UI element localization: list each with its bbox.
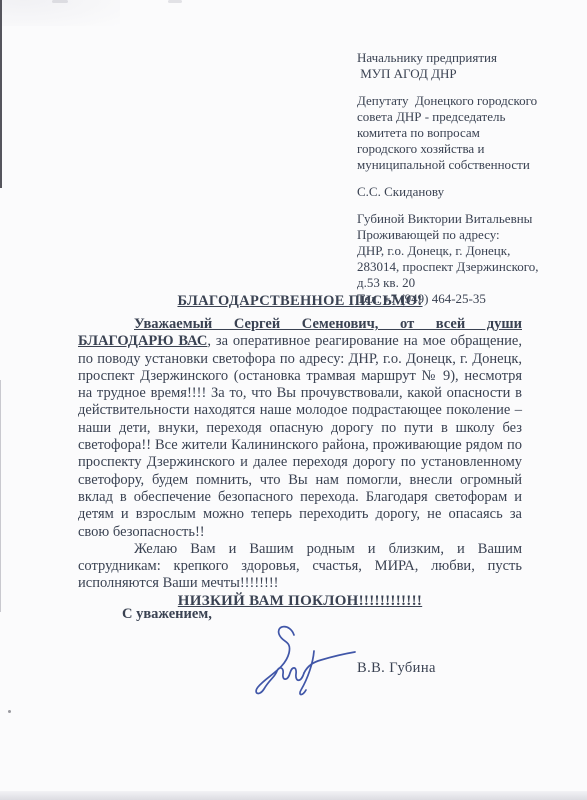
- sender-line: Проживающей по адресу:: [357, 227, 579, 243]
- scan-edge-line: [0, 380, 1, 612]
- recipient-line: МУП АГОД ДНР: [357, 66, 579, 82]
- scan-artifact: [0, 0, 120, 26]
- recipient-address-block: Начальнику предприятия МУП АГОД ДНР Депу…: [357, 50, 579, 318]
- recipient-block: Депутату Донецкого городского совета ДНР…: [357, 93, 579, 173]
- recipient-line: городского хозяйства и: [357, 141, 579, 157]
- sender-line: ДНР, г.о. Донецк, г. Донецк,: [357, 243, 579, 259]
- recipient-line: совета ДНР - председатель: [357, 109, 579, 125]
- handwritten-signature: [233, 620, 365, 706]
- letter-body: Уважаемый Сергей Семенович, от всей души…: [78, 316, 522, 610]
- recipient-line: Депутату Донецкого городского: [357, 93, 579, 109]
- letter-page: Начальнику предприятия МУП АГОД ДНР Депу…: [0, 0, 587, 800]
- paragraph-gratitude-text: , за оперативное реагирование на мое обр…: [78, 333, 522, 539]
- closing-salutation: С уважением,: [122, 606, 212, 623]
- recipient-line: Начальнику предприятия: [357, 50, 579, 66]
- recipient-line: муниципальной собственности: [357, 157, 579, 173]
- sender-line: Губиной Виктории Витальевны: [357, 211, 579, 227]
- scan-edge-shadow: [0, 791, 587, 800]
- paragraph-wishes: Желаю Вам и Вашим родным и близким, и Ва…: [78, 541, 522, 593]
- recipient-block: С.С. Скиданову: [357, 184, 579, 200]
- sender-line: 283014, проспект Дзержинского,: [357, 259, 579, 275]
- recipient-block: Начальнику предприятия МУП АГОД ДНР: [357, 50, 579, 82]
- sender-line: д.53 кв. 20: [357, 275, 579, 291]
- letter-title: БЛАГОДАРСТВЕННОЕ ПИСЬМО!: [78, 293, 522, 310]
- recipient-line: С.С. Скиданову: [357, 184, 579, 200]
- signature-name: В.В. Губина: [357, 660, 436, 677]
- paragraph-gratitude: Уважаемый Сергей Семенович, от всей души…: [78, 316, 522, 541]
- scan-artifact: [8, 710, 11, 713]
- scan-artifact: [168, 0, 182, 3]
- scan-artifact: [52, 0, 68, 3]
- scan-edge-line: [0, 0, 2, 188]
- recipient-line: комитета по вопросам: [357, 125, 579, 141]
